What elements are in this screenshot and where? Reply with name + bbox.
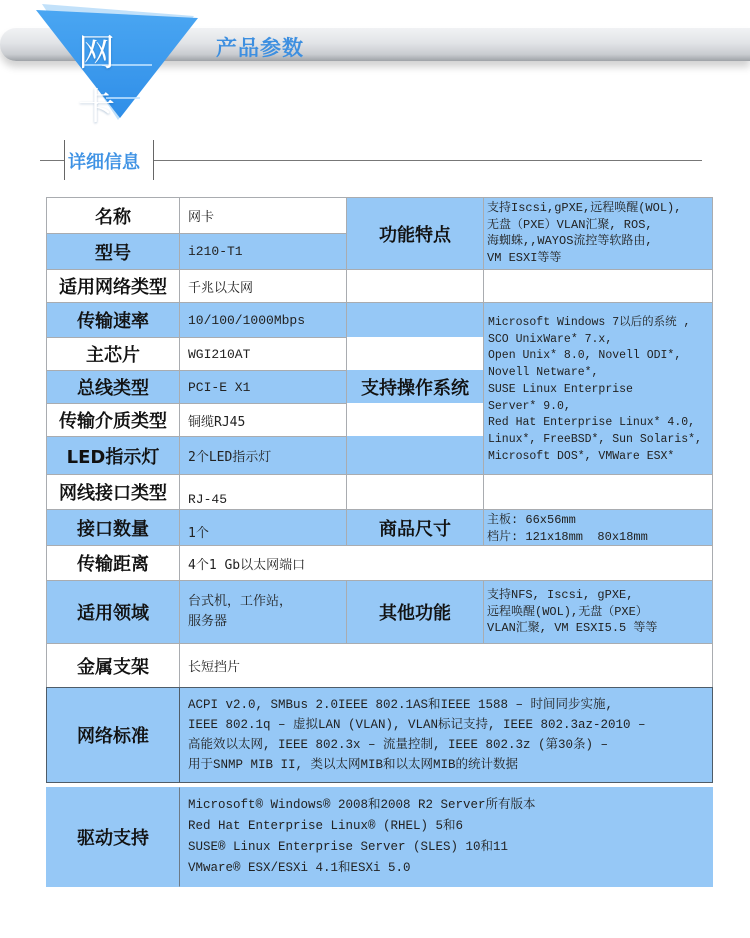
- row-value-speed: 10/100/1000Mbps: [179, 302, 347, 338]
- os-label: 支持操作系统: [346, 370, 484, 404]
- row-label-application: 适用领域: [46, 580, 180, 644]
- size-value: 主板: 66x56mm 档片: 121x18mm 80x18mm: [483, 509, 713, 546]
- row-label-driver-support: 驱动支持: [46, 787, 180, 887]
- row-label-port-count: 接口数量: [46, 509, 180, 546]
- row-value-model: i210-T1: [179, 233, 347, 270]
- row-label-model: 型号: [46, 233, 180, 270]
- page-subtitle: 产品参数: [216, 32, 304, 62]
- row-value-driver-support: Microsoft® Windows® 2008和2008 R2 Server所…: [179, 787, 713, 887]
- section-heading: 详细信息: [68, 148, 140, 174]
- row-value-distance: 4个1 Gb以太网端口: [179, 545, 713, 581]
- row-value-application: 台式机，工作站， 服务器: [179, 580, 347, 644]
- row-value-bracket: 长短挡片: [179, 643, 713, 688]
- os-label-stripe: [346, 302, 484, 338]
- row-value-chip: WGI210AT: [179, 337, 347, 371]
- row-value-network-standard: ACPI v2.0, SMBus 2.0IEEE 802.1AS和IEEE 15…: [179, 687, 713, 783]
- os-value: Microsoft Windows 7以后的系统 , SCO UnixWare*…: [483, 302, 713, 475]
- empty-cell: [483, 269, 713, 303]
- features-value: 支持Iscsi,gPXE,远程唤醒(WOL), 无盘（PXE）VLAN汇聚, R…: [483, 197, 713, 270]
- row-value-bus: PCI-E X1: [179, 370, 347, 404]
- row-label-port-type: 网线接口类型: [46, 474, 180, 510]
- row-label-distance: 传输距离: [46, 545, 180, 581]
- os-label-stripe: [346, 436, 484, 475]
- row-value-name: 网卡: [179, 197, 347, 234]
- other-features-label: 其他功能: [346, 580, 484, 644]
- row-label-bracket: 金属支架: [46, 643, 180, 688]
- os-label-stripe: [346, 337, 484, 371]
- row-value-network-type: 千兆以太网: [179, 269, 347, 303]
- row-value-medium: 铜缆RJ45: [179, 403, 347, 437]
- row-value-port-type: RJ-45: [179, 474, 347, 510]
- row-value-led: 2个LED指示灯: [179, 436, 347, 475]
- row-label-name: 名称: [46, 197, 180, 234]
- row-label-chip: 主芯片: [46, 337, 180, 371]
- row-label-network-type: 适用网络类型: [46, 269, 180, 303]
- empty-cell: [346, 269, 484, 303]
- other-features-value: 支持NFS, Iscsi, gPXE, 远程唤醒(WOL),无盘（PXE） VL…: [483, 580, 713, 644]
- features-label: 功能特点: [346, 197, 484, 270]
- row-label-network-standard: 网络标准: [46, 687, 180, 783]
- size-label: 商品尺寸: [346, 509, 484, 546]
- row-label-medium: 传输介质类型: [46, 403, 180, 437]
- empty-cell: [483, 474, 713, 510]
- empty-cell: [346, 474, 484, 510]
- row-label-led: LED指示灯: [46, 436, 180, 475]
- row-label-bus: 总线类型: [46, 370, 180, 404]
- os-label-stripe: [346, 403, 484, 437]
- row-label-speed: 传输速率: [46, 302, 180, 338]
- row-value-port-count: 1个: [179, 509, 347, 546]
- page-title: 网卡: [78, 22, 158, 130]
